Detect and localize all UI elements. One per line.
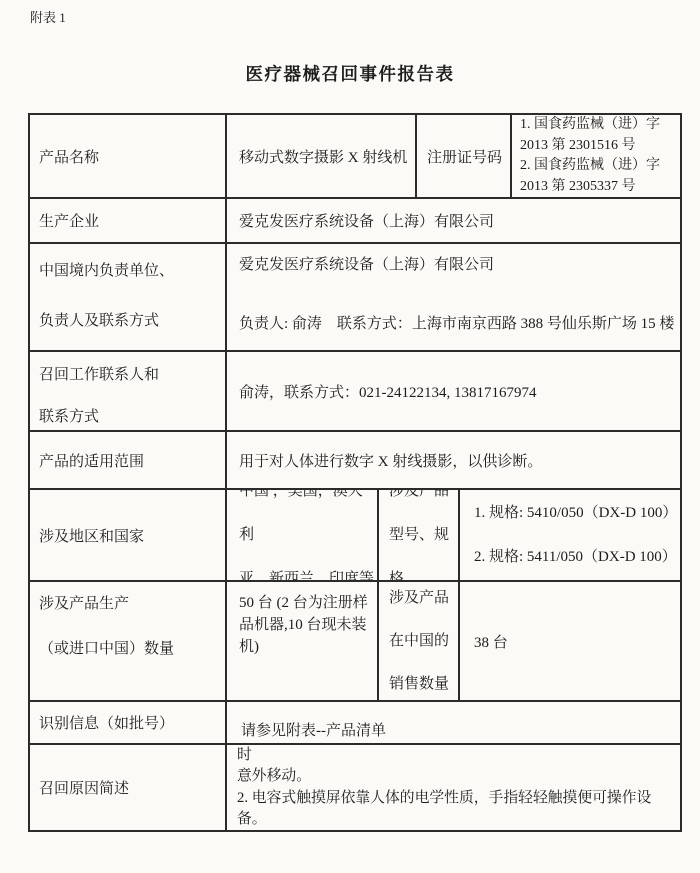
model-spec-label: 涉及产品 型号、规格 (379, 490, 460, 580)
row-reason: 召回原因简述 1. 使用 DX-D 100 时，因设备对地面静电放电，可能导致设… (30, 745, 680, 832)
model-spec-label-line: 涉及产品 (389, 490, 458, 513)
model-spec-label-line: 型号、规格 (389, 513, 458, 580)
production-value: 50 台 (2 台为注册样 品机器,10 台现未装 机) (227, 582, 379, 700)
model-spec-value: 1. 规格: 5410/050（DX-D 100） 2. 规格: 5411/05… (460, 490, 680, 580)
sales-quantity-label-line: 涉及产品 (389, 582, 458, 620)
regions-label: 涉及地区和国家 (30, 490, 227, 580)
reason-label: 召回原因简述 (30, 745, 227, 830)
product-name-label: 产品名称 (30, 115, 227, 197)
row-scope: 产品的适用范围 用于对人体进行数字 X 射线摄影，以供诊断。 (30, 432, 680, 490)
recall-report-table: 产品名称 移动式数字摄影 X 射线机 注册证号码 1. 国食药监械（进）字 20… (28, 113, 682, 832)
production-value-line: 品机器,10 台现未装 (239, 614, 377, 636)
registration-number-label: 注册证号码 (417, 115, 512, 197)
identification-value: 请参见附表--产品清单 (227, 702, 680, 743)
responsible-company: 爱克发医疗系统设备（上海）有限公司 (239, 253, 680, 274)
cert-line: 2013 第 2305337 号 (520, 177, 680, 198)
reason-value: 1. 使用 DX-D 100 时，因设备对地面静电放电，可能导致设备不定时 意外… (227, 745, 680, 830)
cert-line: 2013 第 2301516 号 (520, 136, 680, 157)
row-manufacturer: 生产企业 爱克发医疗系统设备（上海）有限公司 (30, 199, 680, 244)
reason-line: 1. 使用 DX-D 100 时，因设备对地面静电放电，可能导致设备不定时 (237, 745, 676, 766)
reason-line: 意外移动。 (237, 766, 676, 788)
sales-quantity-label-line: 在中国的 (389, 620, 458, 663)
row-recall-contact: 召回工作联系人和 联系方式 俞涛，联系方式：021-24122134, 1381… (30, 352, 680, 432)
registration-number-value: 1. 国食药监械（进）字 2013 第 2301516 号 2. 国食药监械（进… (512, 115, 680, 197)
attachment-label: 附表 1 (30, 7, 66, 26)
row-product: 产品名称 移动式数字摄影 X 射线机 注册证号码 1. 国食药监械（进）字 20… (30, 115, 680, 199)
product-name-value: 移动式数字摄影 X 射线机 (227, 115, 417, 197)
cert-line: 2. 国食药监械（进）字 (520, 156, 680, 177)
identification-label: 识别信息（如批号） (30, 702, 227, 743)
sales-quantity-label: 涉及产品 在中国的 销售数量 (379, 582, 460, 700)
sales-quantity-value: 38 台 (460, 582, 680, 700)
page-title: 医疗器械召回事件报告表 (0, 61, 700, 86)
manufacturer-label: 生产企业 (30, 199, 227, 242)
document-page: 附表 1 医疗器械召回事件报告表 产品名称 移动式数字摄影 X 射线机 注册证号… (0, 0, 700, 873)
production-label-line: 涉及产品生产 (39, 582, 225, 627)
recall-contact-label-line: 召回工作联系人和 (39, 354, 225, 396)
row-responsible: 中国境内负责单位、 负责人及联系方式 爱克发医疗系统设备（上海）有限公司 负责人… (30, 244, 680, 352)
production-value-line: 50 台 (2 台为注册样 (239, 592, 377, 614)
production-label-line: （或进口中国）数量 (39, 627, 225, 672)
spec-line: 2. 规格: 5411/050（DX-D 100） (474, 535, 680, 579)
responsible-label: 中国境内负责单位、 负责人及联系方式 (30, 244, 227, 350)
manufacturer-value: 爱克发医疗系统设备（上海）有限公司 (227, 199, 680, 242)
regions-value-line: 中国 ，美国，澳大利 (239, 490, 377, 557)
row-regions: 涉及地区和国家 中国 ，美国，澳大利 亚，新西兰，印度等 涉及产品 型号、规格 … (30, 490, 680, 582)
sales-quantity-label-line: 销售数量 (389, 663, 458, 701)
scope-value: 用于对人体进行数字 X 射线摄影，以供诊断。 (227, 432, 680, 488)
responsible-contact: 负责人: 俞涛 联系方式：上海市南京西路 388 号仙乐斯广场 15 楼 (239, 312, 680, 333)
recall-contact-label: 召回工作联系人和 联系方式 (30, 352, 227, 430)
cert-line: 1. 国食药监械（进）字 (520, 115, 680, 136)
responsible-label-line: 中国境内负责单位、 (39, 246, 225, 296)
regions-value: 中国 ，美国，澳大利 亚，新西兰，印度等 (227, 490, 379, 580)
production-label: 涉及产品生产 （或进口中国）数量 (30, 582, 227, 700)
recall-contact-label-line: 联系方式 (39, 396, 225, 430)
row-identification: 识别信息（如批号） 请参见附表--产品清单 (30, 702, 680, 745)
regions-value-line: 亚，新西兰，印度等 (239, 557, 377, 580)
row-production: 涉及产品生产 （或进口中国）数量 50 台 (2 台为注册样 品机器,10 台现… (30, 582, 680, 702)
spec-line: 1. 规格: 5410/050（DX-D 100） (474, 491, 680, 535)
responsible-value: 爱克发医疗系统设备（上海）有限公司 负责人: 俞涛 联系方式：上海市南京西路 3… (227, 244, 680, 350)
scope-label: 产品的适用范围 (30, 432, 227, 488)
reason-line: 2. 电容式触摸屏依靠人体的电学性质，手指轻轻触摸便可操作设备。 (237, 788, 676, 831)
recall-contact-value: 俞涛，联系方式：021-24122134, 13817167974 (227, 352, 680, 430)
production-value-line: 机) (239, 636, 377, 658)
responsible-label-line: 负责人及联系方式 (39, 296, 225, 346)
